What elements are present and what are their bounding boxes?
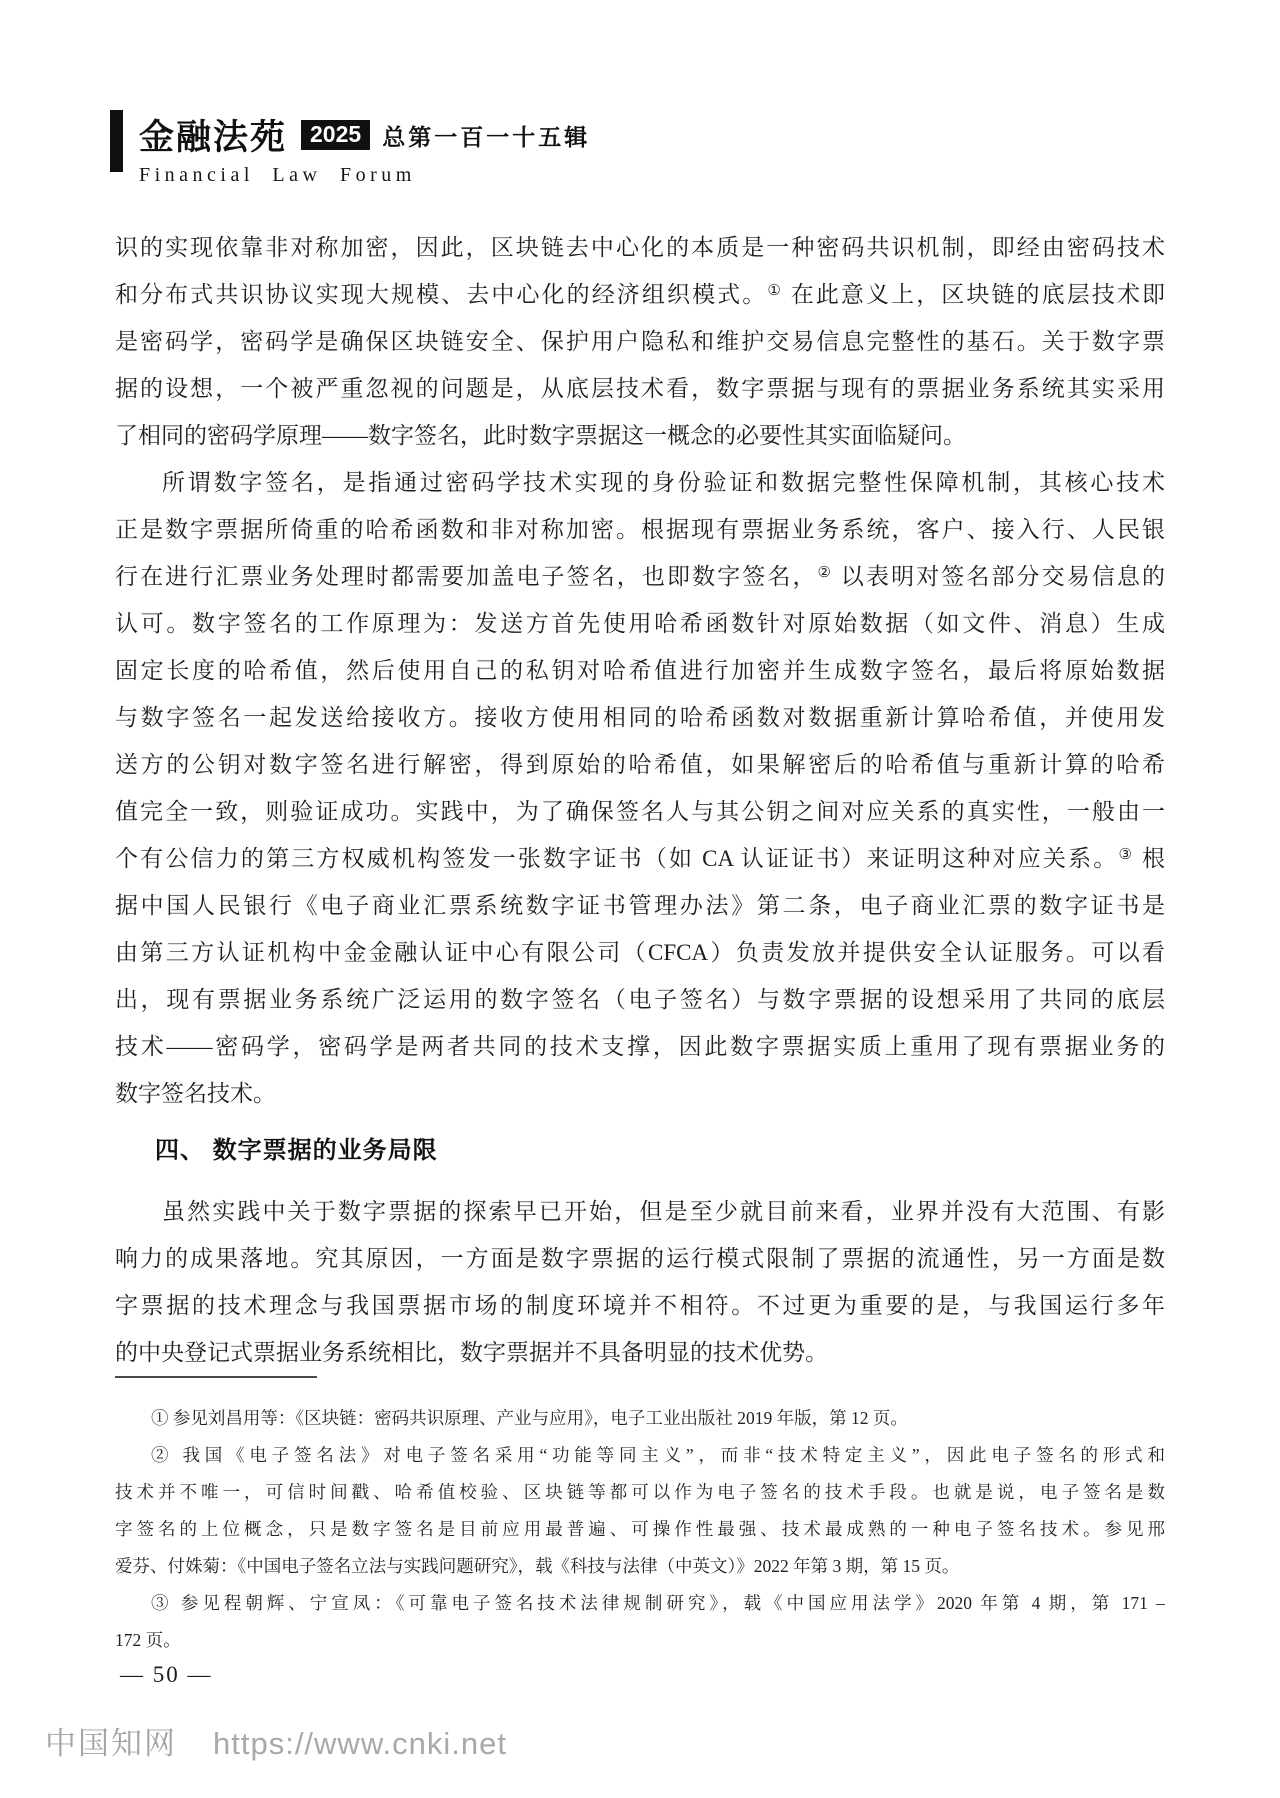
paragraph: 虽然实践中关于数字票据的探索早已开始，但是至少就目前来看，业界并没有大范围、有影… <box>115 1188 1165 1376</box>
body-text-line: 行在进行汇票业务处理时都需要加盖电子签名，也即数字签名，② 以表明对签名部分交易… <box>115 553 1165 600</box>
body-text-line: 出，现有票据业务系统广泛运用的数字签名（电子签名）与数字票据的设想采用了共同的底… <box>115 976 1165 1023</box>
page-number: — 50 — <box>120 1662 213 1688</box>
document-page: 金融法苑 2025 总第一百一十五辑 Financial Law Forum 识… <box>0 0 1280 1798</box>
watermark-site-name: 中国知网 <box>45 1718 177 1763</box>
body-text-line: 字票据的技术理念与我国票据市场的制度环境并不相符。不过更为重要的是，与我国运行多… <box>115 1282 1165 1329</box>
journal-subtitle: Financial Law Forum <box>139 164 590 187</box>
header-accent-bar <box>110 110 123 172</box>
header-title-row: 金融法苑 2025 总第一百一十五辑 <box>139 110 590 160</box>
body-text-line: 的中央登记式票据业务系统相比，数字票据并不具备明显的技术优势。 <box>115 1329 1165 1376</box>
body-text-line: 送方的公钥对数字签名进行解密，得到原始的哈希值，如果解密后的哈希值与重新计算的哈… <box>115 741 1165 788</box>
body-text-line: 正是数字票据所倚重的哈希函数和非对称加密。根据现有票据业务系统，客户、接入行、人… <box>115 506 1165 553</box>
journal-header: 金融法苑 2025 总第一百一十五辑 Financial Law Forum <box>110 110 590 187</box>
footnote-line: ③ 参见程朝辉、宁宣凤：《可靠电子签名技术法律规制研究》，载《中国应用法学》20… <box>115 1585 1165 1622</box>
footnote-line: 爱芬、付姝菊：《中国电子签名立法与实践问题研究》，载《科技与法律（中英文）》20… <box>115 1548 1165 1585</box>
body-text-line: 响力的成果落地。究其原因，一方面是数字票据的运行模式限制了票据的流通性，另一方面… <box>115 1235 1165 1282</box>
body-text-line: 所谓数字签名，是指通过密码学技术实现的身份验证和数据完整性保障机制，其核心技术 <box>115 459 1165 506</box>
body-text-line: 技术——密码学，密码学是两者共同的技术支撑，因此数字票据实质上重用了现有票据业务… <box>115 1023 1165 1070</box>
body-text-line: 由第三方认证机构中金金融认证中心有限公司（CFCA）负责发放并提供安全认证服务。… <box>115 929 1165 976</box>
body-text-line: 数字签名技术。 <box>115 1070 1165 1117</box>
article-body: 识的实现依靠非对称加密，因此，区块链去中心化的本质是一种密码共识机制，即经由密码… <box>115 224 1165 1376</box>
paragraph: 所谓数字签名，是指通过密码学技术实现的身份验证和数据完整性保障机制，其核心技术正… <box>115 459 1165 1117</box>
body-text-line: 据中国人民银行《电子商业汇票系统数字证书管理办法》第二条，电子商业汇票的数字证书… <box>115 882 1165 929</box>
journal-title: 金融法苑 <box>139 110 287 160</box>
footnote-line: ① 参见刘昌用等：《区块链：密码共识原理、产业与应用》，电子工业出版社 2019… <box>115 1400 1165 1437</box>
paragraph: 识的实现依靠非对称加密，因此，区块链去中心化的本质是一种密码共识机制，即经由密码… <box>115 224 1165 459</box>
body-text-line: 认可。数字签名的工作原理为：发送方首先使用哈希函数针对原始数据（如文件、消息）生… <box>115 600 1165 647</box>
body-text-line: 与数字签名一起发送给接收方。接收方使用相同的哈希函数对数据重新计算哈希值，并使用… <box>115 694 1165 741</box>
footnote: ② 我国《电子签名法》对电子签名采用“功能等同主义”，而非“技术特定主义”，因此… <box>115 1437 1165 1585</box>
body-text-line: 虽然实践中关于数字票据的探索早已开始，但是至少就目前来看，业界并没有大范围、有影 <box>115 1188 1165 1235</box>
body-text-line: 固定长度的哈希值，然后使用自己的私钥对哈希值进行加密并生成数字签名，最后将原始数… <box>115 647 1165 694</box>
watermark-url: https://www.cnki.net <box>213 1726 507 1762</box>
body-text-line: 值完全一致，则验证成功。实践中，为了确保签名人与其公钥之间对应关系的真实性，一般… <box>115 788 1165 835</box>
footnote-line: 技术并不唯一，可信时间戳、哈希值校验、区块链等都可以作为电子签名的技术手段。也就… <box>115 1474 1165 1511</box>
footnote-line: ② 我国《电子签名法》对电子签名采用“功能等同主义”，而非“技术特定主义”，因此… <box>115 1437 1165 1474</box>
body-text-line: 是密码学，密码学是确保区块链安全、保护用户隐私和维护交易信息完整性的基石。关于数… <box>115 318 1165 365</box>
body-text-line: 了相同的密码学原理——数字签名，此时数字票据这一概念的必要性其实面临疑问。 <box>115 412 1165 459</box>
year-badge: 2025 <box>301 120 370 150</box>
footnote-line: 字签名的上位概念，只是数字签名是目前应用最普遍、可操作性最强、技术最成熟的一种电… <box>115 1511 1165 1548</box>
footnotes-section: ① 参见刘昌用等：《区块链：密码共识原理、产业与应用》，电子工业出版社 2019… <box>115 1400 1165 1659</box>
body-text-line: 个有公信力的第三方权威机构签发一张数字证书（如 CA 认证证书）来证明这种对应关… <box>115 835 1165 882</box>
footnote: ③ 参见程朝辉、宁宣凤：《可靠电子签名技术法律规制研究》，载《中国应用法学》20… <box>115 1585 1165 1659</box>
body-text-line: 和分布式共识协议实现大规模、去中心化的经济组织模式。① 在此意义上，区块链的底层… <box>115 271 1165 318</box>
section-heading: 四、 数字票据的业务局限 <box>115 1127 1165 1174</box>
body-text-line: 据的设想，一个被严重忽视的问题是，从底层技术看，数字票据与现有的票据业务系统其实… <box>115 365 1165 412</box>
header-text-block: 金融法苑 2025 总第一百一十五辑 Financial Law Forum <box>139 110 590 187</box>
issue-label: 总第一百一十五辑 <box>382 119 590 152</box>
footnote: ① 参见刘昌用等：《区块链：密码共识原理、产业与应用》，电子工业出版社 2019… <box>115 1400 1165 1437</box>
footnote-line: 172 页。 <box>115 1622 1165 1659</box>
body-text-line: 识的实现依靠非对称加密，因此，区块链去中心化的本质是一种密码共识机制，即经由密码… <box>115 224 1165 271</box>
cnki-watermark: 中国知网 https://www.cnki.net <box>45 1718 507 1763</box>
footnote-divider <box>115 1376 317 1378</box>
